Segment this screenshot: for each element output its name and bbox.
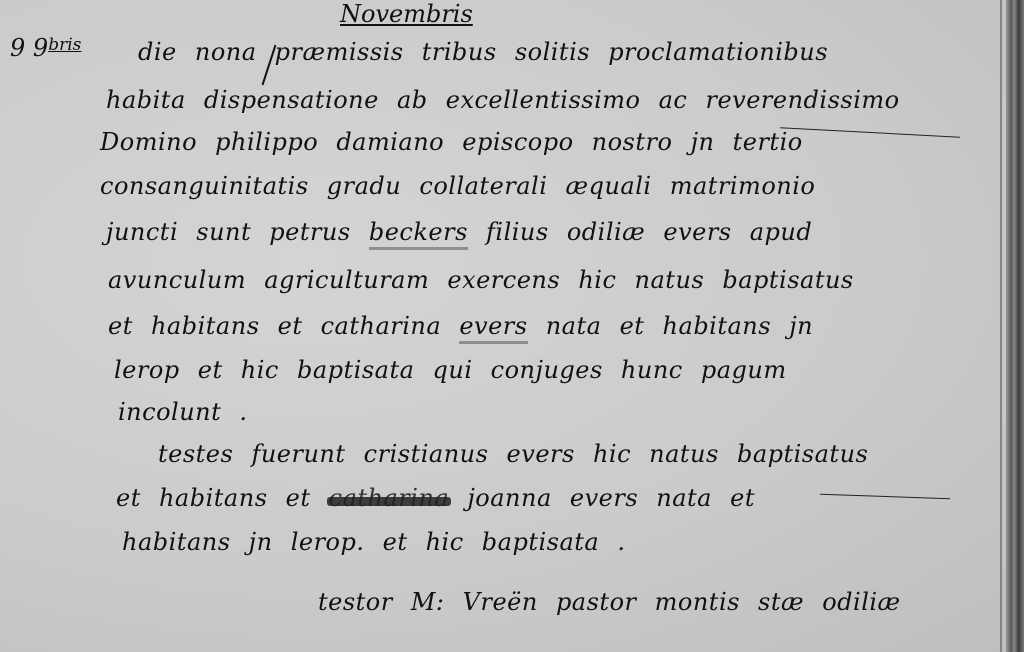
text-line-7-before: et habitans et catharina — [108, 312, 459, 340]
text-line-7: et habitans et catharina evers nata et h… — [108, 312, 813, 340]
groom-surname: beckers — [369, 218, 468, 250]
text-line-7-after: nata et habitans jn — [528, 312, 814, 340]
margin-day: 9 — [10, 34, 25, 62]
text-line-9: incolunt . — [118, 398, 248, 426]
text-line-4: consanguinitatis gradu collaterali æqual… — [100, 172, 815, 200]
margin-month-prefix: 9 — [33, 34, 48, 62]
margin-month-suffix: bris — [48, 35, 81, 55]
bride-surname: evers — [459, 312, 527, 344]
text-line-1: die nona præmissis tribus solitis procla… — [138, 38, 828, 66]
text-line-6: avunculum agriculturam exercens hic natu… — [108, 266, 854, 294]
ink-stroke — [780, 127, 960, 137]
struck-out-word: catharina — [329, 484, 450, 512]
text-line-5-after: filius odiliæ evers apud — [468, 218, 812, 246]
text-line-11-before: et habitans et — [116, 484, 329, 512]
ink-stroke — [820, 494, 950, 500]
pastor-signature: testor M: Vreën pastor montis stæ odiliæ — [318, 588, 901, 616]
text-line-5-before: juncti sunt petrus — [106, 218, 369, 246]
text-line-12: habitans jn lerop. et hic baptisata . — [122, 528, 625, 556]
text-line-8: lerop et hic baptisata qui conjuges hunc… — [114, 356, 787, 384]
text-line-11-after: joanna evers nata et — [449, 484, 755, 512]
text-line-2: habita dispensatione ab excellentissimo … — [106, 86, 900, 114]
text-line-5: juncti sunt petrus beckers filius odiliæ… — [106, 218, 812, 246]
text-line-10: testes fuerunt cristianus evers hic natu… — [158, 440, 868, 468]
month-heading: Novembris — [340, 0, 473, 28]
book-binding-edge — [1006, 0, 1024, 652]
page-margin-rule — [1000, 0, 1002, 652]
text-line-3: Domino philippo damiano episcopo nostro … — [100, 128, 803, 156]
manuscript-page: Novembris 9 9bris die nona præmissis tri… — [0, 0, 1024, 652]
text-line-11: et habitans et catharina joanna evers na… — [116, 484, 755, 512]
margin-date: 9 9bris — [10, 34, 81, 62]
